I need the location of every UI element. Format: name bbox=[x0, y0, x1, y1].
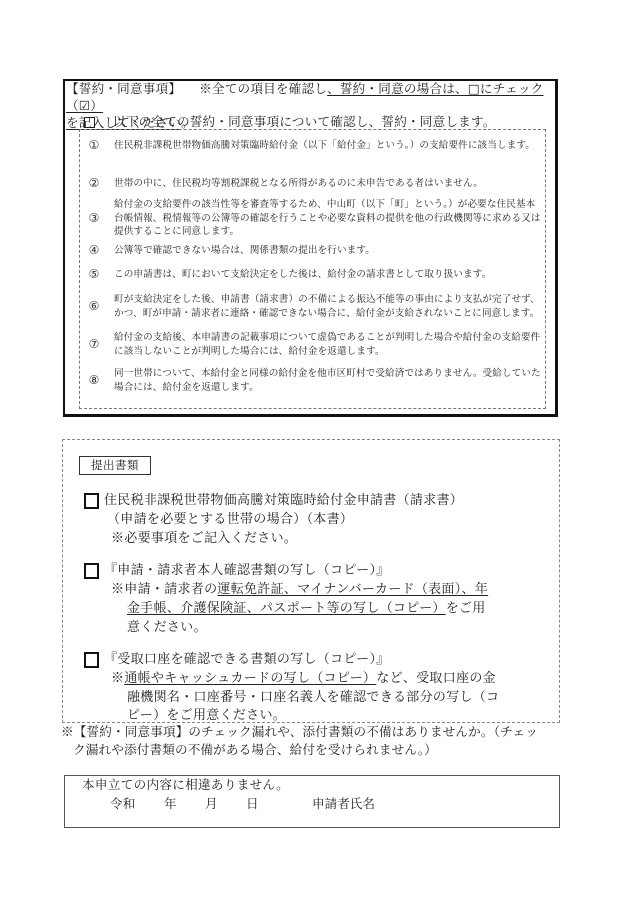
document-3-note-line3: ピー）をご用意ください。 bbox=[127, 707, 286, 724]
document-2-note-line2: 金手帳、介護保険証、パスポート等の写し（コピー）をご用 bbox=[127, 600, 486, 617]
item-number: ④ bbox=[82, 244, 106, 258]
item-text: 同一世帯について、本給付金と同様の給付金を他市区町村で受給済ではありません。受給… bbox=[106, 367, 542, 394]
item-number: ① bbox=[82, 139, 106, 153]
pledge-item-5: ⑤ この申請書は、町において支給決定をした後は、給付金の請求書として取り扱います… bbox=[82, 268, 542, 282]
item-number: ⑧ bbox=[82, 374, 106, 388]
agree-all-row[interactable]: 以下の全ての誓約・同意事項について確認し、誓約・同意します。 bbox=[84, 114, 496, 130]
agree-all-checkbox[interactable] bbox=[84, 117, 95, 128]
pledge-item-7: ⑦ 給付金の支給後、本申請書の記載事項について虚偽であることが判明した場合や給付… bbox=[82, 331, 542, 358]
document-2-title: 『申請・請求者本人確認書類の写し（コピー）』 bbox=[104, 562, 390, 579]
date-month-label: 月 bbox=[205, 796, 218, 812]
pledge-item-8: ⑧ 同一世帯について、本給付金と同様の給付金を他市区町村で受給済ではありません。… bbox=[82, 367, 542, 394]
applicant-name-label: 申請者氏名 bbox=[312, 796, 375, 812]
document-1-note: ※必要事項をご記入ください。 bbox=[111, 530, 297, 547]
document-2-checkbox[interactable] bbox=[84, 563, 99, 579]
item-text: 給付金の支給要件の該当性等を審査等するため、中山町（以下「町」という。）が必要な… bbox=[106, 198, 542, 239]
item-text: 世帯の中に、住民税均等割税課税となる所得があるのに未申告である者はいません。 bbox=[106, 177, 542, 191]
pledge-item-6: ⑥ 町が支給決定をした後、申請書（請求書）の不備による振込不能等の事由により支払… bbox=[82, 293, 542, 320]
pledge-item-4: ④ 公簿等で確認できない場合は、関係書類の提出を行います。 bbox=[82, 244, 542, 258]
item-number: ⑥ bbox=[82, 300, 106, 314]
pledge-instruction: ※全ての項目を確認し bbox=[199, 81, 327, 96]
document-2-note-line1: ※申請・請求者の運転免許証、マイナンバーカード（表面）、年 bbox=[111, 581, 488, 598]
pledge-item-1: ① 住民税非課税世帯物価高騰対策臨時給付金（以下「給付金」という。）の支給要件に… bbox=[82, 139, 542, 153]
documents-heading: 提出書類 bbox=[79, 456, 151, 475]
pledge-title: 【誓約・同意事項】 bbox=[66, 81, 181, 96]
document-2-note-line3: 意ください。 bbox=[127, 619, 207, 636]
item-text: 町が支給決定をした後、申請書（請求書）の不備による振込不能等の事由により支払が完… bbox=[106, 293, 542, 320]
item-text: 公簿等で確認できない場合は、関係書類の提出を行います。 bbox=[106, 244, 542, 258]
document-1-checkbox[interactable] bbox=[84, 493, 99, 509]
item-number: ③ bbox=[82, 212, 106, 226]
document-3-title: 『受取口座を確認できる書類の写し（コピー）』 bbox=[104, 651, 390, 668]
document-1-subtitle: （申請を必要とする世帯の場合）（本書） bbox=[107, 511, 353, 528]
date-day-label: 日 bbox=[246, 796, 259, 812]
item-text: 給付金の支給後、本申請書の記載事項について虚偽であることが判明した場合や給付金の… bbox=[106, 331, 542, 358]
date-year-label: 年 bbox=[164, 796, 177, 812]
document-3-checkbox[interactable] bbox=[84, 652, 99, 668]
item-number: ② bbox=[82, 177, 106, 191]
pledge-item-3: ③ 給付金の支給要件の該当性等を審査等するため、中山町（以下「町」という。）が必… bbox=[82, 198, 542, 239]
item-text: この申請書は、町において支給決定をした後は、給付金の請求書として取り扱います。 bbox=[106, 268, 542, 282]
declaration-text: 本申立ての内容に相違ありません。 bbox=[82, 777, 289, 793]
pledge-item-2: ② 世帯の中に、住民税均等割税課税となる所得があるのに未申告である者はいません。 bbox=[82, 177, 542, 191]
item-number: ⑤ bbox=[82, 268, 106, 282]
date-era-label: 令和 bbox=[110, 796, 135, 812]
footer-warning-note: ※【誓約・同意事項】のチェック漏れや、添付書類の不備はありませんか。（チェッ ク… bbox=[61, 723, 566, 759]
document-3-note-line2: 融機関名・口座番号・口座名義人を確認できる部分の写し（コ bbox=[127, 689, 499, 706]
agree-all-label: 以下の全ての誓約・同意事項について確認し、誓約・同意します。 bbox=[113, 114, 496, 130]
item-text: 住民税非課税世帯物価高騰対策臨時給付金（以下「給付金」という。）の支給要件に該当… bbox=[106, 139, 542, 153]
document-1-title: 住民税非課税世帯物価高騰対策臨時給付金申請書（請求書） bbox=[104, 492, 463, 509]
item-number: ⑦ bbox=[82, 338, 106, 352]
document-3-note-line1: ※通帳やキャッシュカードの写し（コピー）など、受取口座の金 bbox=[111, 670, 496, 687]
